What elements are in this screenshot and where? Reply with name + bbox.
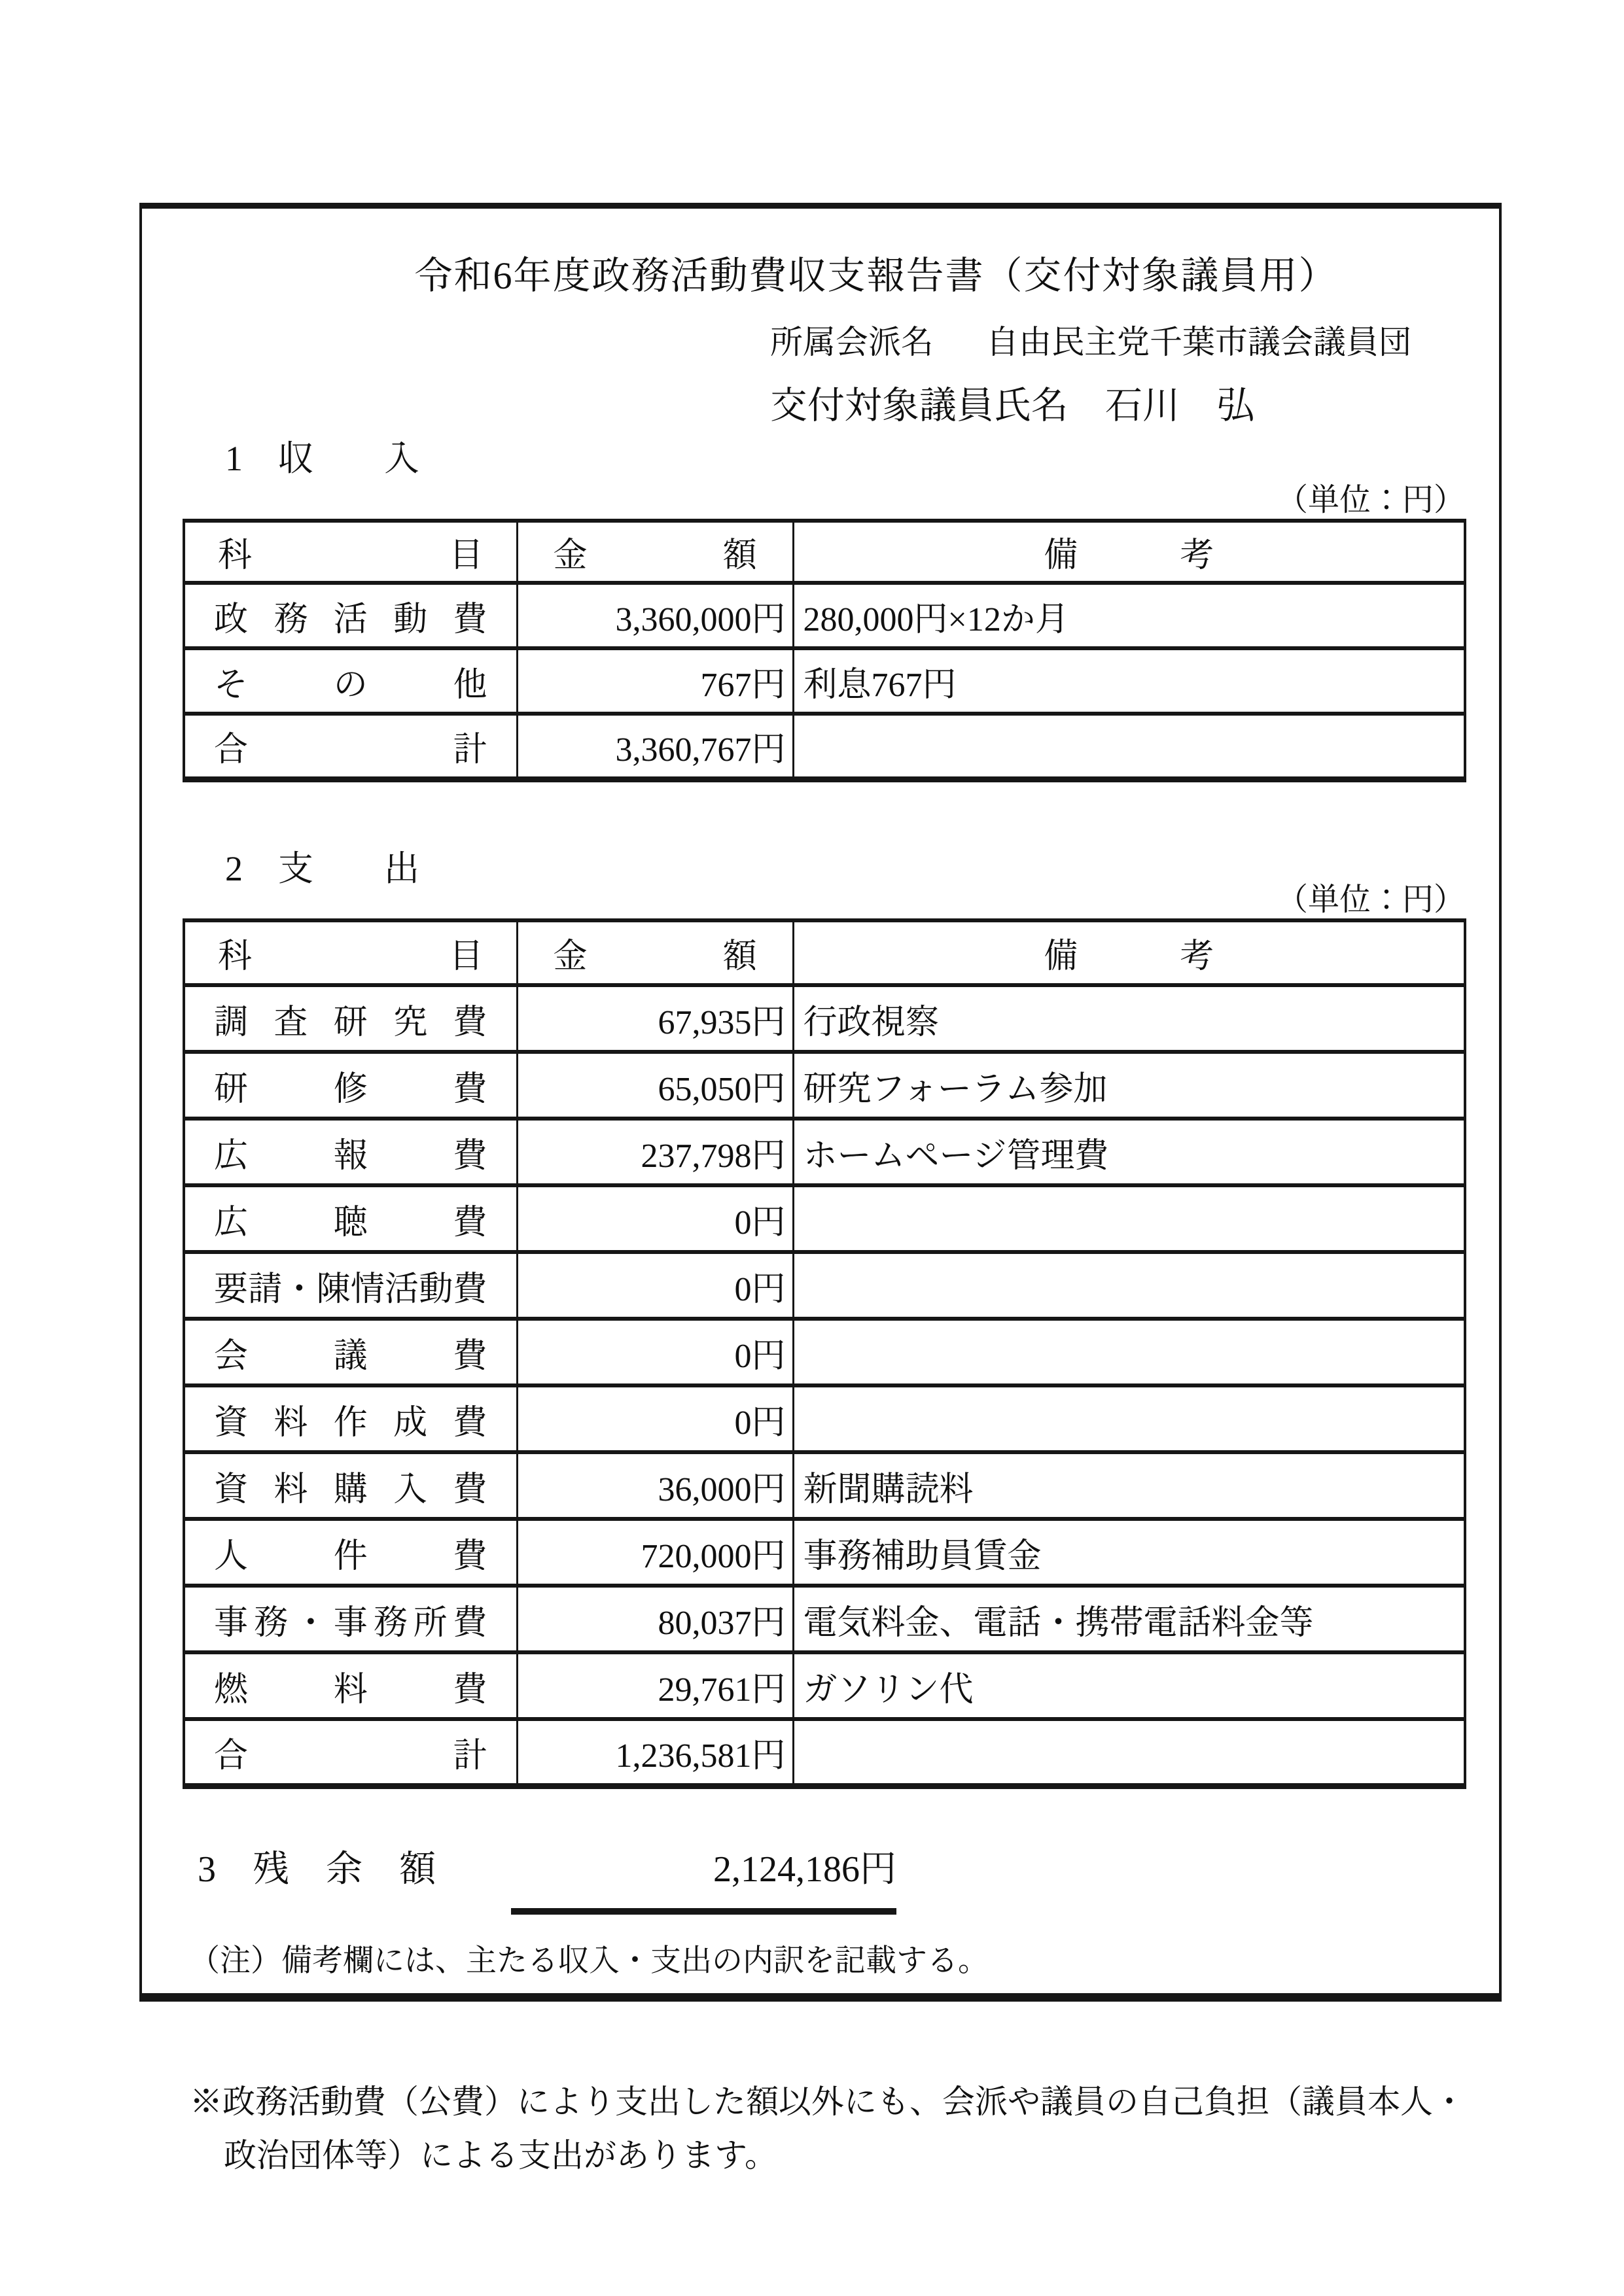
item-cell: 合計: [184, 1719, 517, 1786]
table-row: 事務・事務所費80,037円電気料金、電話・携帯電話料金等: [184, 1586, 1465, 1652]
amount-cell: 720,000円: [517, 1519, 793, 1586]
note-cell: 研究フォーラム参加: [793, 1052, 1465, 1119]
amount-cell: 0円: [517, 1185, 793, 1252]
item-cell: 会議費: [184, 1319, 517, 1385]
item-cell: その他: [184, 648, 517, 714]
income-header-row: 科目 金額 備 考: [184, 521, 1465, 583]
footer-note: ※政務活動費（公費）により支出した額以外にも、会派や議員の自己負担（議員本人・ …: [190, 2075, 1466, 2182]
report-meta: 所属会派名自由民主党千葉市議会議員団 交付対象議員氏名石川 弘: [770, 322, 1499, 428]
amount-cell: 65,050円: [517, 1052, 793, 1119]
item-cell: 広報費: [184, 1119, 517, 1185]
footer-note-line1: ※政務活動費（公費）により支出した額以外にも、会派や議員の自己負担（議員本人・: [190, 2075, 1466, 2129]
note-cell: [793, 1185, 1465, 1252]
member-name: 石川 弘: [1105, 385, 1254, 426]
amount-cell: 36,000円: [517, 1452, 793, 1519]
income-table-body: 政務活動費3,360,000円280,000円×12か月その他767円利息767…: [184, 583, 1465, 779]
item-cell: 研修費: [184, 1052, 517, 1119]
note-cell: ホームページ管理費: [793, 1119, 1465, 1185]
expense-col-header-amount: 金額: [517, 920, 793, 985]
income-table: 科目 金額 備 考 政務活動費3,360,000円280,000円×12か月その…: [183, 519, 1466, 782]
amount-cell: 3,360,767円: [517, 714, 793, 779]
table-row: 資料作成費0円: [184, 1385, 1465, 1452]
expense-col-header-note: 備 考: [793, 920, 1465, 985]
scanned-report-page: 令和6年度政務活動費収支報告書（交付対象議員用） 所属会派名自由民主党千葉市議会…: [0, 0, 1624, 2296]
expense-section: 2 支 出 （単位：円） 科目 金額 備 考 調査研究費67,935円行政視察研…: [142, 848, 1499, 1789]
member-label: 交付対象議員氏名: [770, 385, 1068, 426]
balance-heading: 3 残 余 額: [198, 1847, 436, 1892]
note-cell: 事務補助員賃金: [793, 1519, 1465, 1586]
income-col-header-amount: 金額: [517, 521, 793, 583]
note-cell: 利息767円: [793, 648, 1465, 714]
item-cell: 要請・陳情活動費: [184, 1252, 517, 1319]
amount-cell: 767円: [517, 648, 793, 714]
note-cell: [793, 714, 1465, 779]
item-cell: 政務活動費: [184, 583, 517, 648]
expense-table: 科目 金額 備 考 調査研究費67,935円行政視察研修費65,050円研究フォ…: [183, 918, 1466, 1789]
expense-header-row: 科目 金額 備 考: [184, 920, 1465, 985]
item-cell: 事務・事務所費: [184, 1586, 517, 1652]
table-row: 資料購入費36,000円新聞購読料: [184, 1452, 1465, 1519]
note-cell: 行政視察: [793, 985, 1465, 1052]
amount-cell: 0円: [517, 1252, 793, 1319]
income-col-header-note: 備 考: [793, 521, 1465, 583]
balance-row: 3 残 余 額2,124,186円: [198, 1847, 1499, 1915]
item-cell: 広聴費: [184, 1185, 517, 1252]
amount-cell: 1,236,581円: [517, 1719, 793, 1786]
table-row: 広聴費0円: [184, 1185, 1465, 1252]
amount-cell: 0円: [517, 1385, 793, 1452]
report-border-box: 令和6年度政務活動費収支報告書（交付対象議員用） 所属会派名自由民主党千葉市議会…: [139, 203, 1502, 2002]
amount-cell: 67,935円: [517, 985, 793, 1052]
item-cell: 燃料費: [184, 1652, 517, 1719]
document-title: 令和6年度政務活動費収支報告書（交付対象議員用）: [142, 253, 1499, 299]
item-cell: 調査研究費: [184, 985, 517, 1052]
item-cell: 合計: [184, 714, 517, 779]
table-row: 合計3,360,767円: [184, 714, 1465, 779]
table-row: その他767円利息767円: [184, 648, 1465, 714]
remarks-note: （注）備考欄には、主たる収入・支出の内訳を記載する。: [189, 1942, 1499, 1981]
member-line: 交付対象議員氏名石川 弘: [770, 384, 1499, 428]
amount-cell: 29,761円: [517, 1652, 793, 1719]
note-cell: 新聞購読料: [793, 1452, 1465, 1519]
income-section: 1 収 入 （単位：円） 科目 金額 備 考 政務活動費3,360,000円28…: [142, 438, 1499, 782]
expense-table-body: 調査研究費67,935円行政視察研修費65,050円研究フォーラム参加広報費23…: [184, 985, 1465, 1786]
amount-cell: 237,798円: [517, 1119, 793, 1185]
note-cell: 電気料金、電話・携帯電話料金等: [793, 1586, 1465, 1652]
income-col-header-item: 科目: [184, 521, 517, 583]
expense-col-header-item: 科目: [184, 920, 517, 985]
table-row: 人件費720,000円事務補助員賃金: [184, 1519, 1465, 1586]
income-unit-note: （単位：円）: [142, 481, 1499, 519]
faction-line: 所属会派名自由民主党千葉市議会議員団: [770, 322, 1499, 362]
table-row: 燃料費29,761円ガソリン代: [184, 1652, 1465, 1719]
faction-name: 自由民主党千葉市議会議員団: [986, 324, 1411, 360]
table-row: 要請・陳情活動費0円: [184, 1252, 1465, 1319]
faction-label: 所属会派名: [770, 324, 934, 360]
note-cell: [793, 1719, 1465, 1786]
item-cell: 人件費: [184, 1519, 517, 1586]
income-heading: 1 収 入: [225, 438, 1499, 480]
note-cell: ガソリン代: [793, 1652, 1465, 1719]
amount-cell: 80,037円: [517, 1586, 793, 1652]
footer-note-line2: 政治団体等）による支出があります。: [190, 2129, 1466, 2182]
balance-amount: 2,124,186円: [511, 1847, 896, 1915]
amount-cell: 0円: [517, 1319, 793, 1385]
amount-cell: 3,360,000円: [517, 583, 793, 648]
table-row: 政務活動費3,360,000円280,000円×12か月: [184, 583, 1465, 648]
table-row: 会議費0円: [184, 1319, 1465, 1385]
item-cell: 資料作成費: [184, 1385, 517, 1452]
item-cell: 資料購入費: [184, 1452, 517, 1519]
table-row: 調査研究費67,935円行政視察: [184, 985, 1465, 1052]
note-cell: [793, 1252, 1465, 1319]
note-cell: 280,000円×12か月: [793, 583, 1465, 648]
note-cell: [793, 1319, 1465, 1385]
table-row: 研修費65,050円研究フォーラム参加: [184, 1052, 1465, 1119]
table-row: 合計1,236,581円: [184, 1719, 1465, 1786]
note-cell: [793, 1385, 1465, 1452]
table-row: 広報費237,798円ホームページ管理費: [184, 1119, 1465, 1185]
